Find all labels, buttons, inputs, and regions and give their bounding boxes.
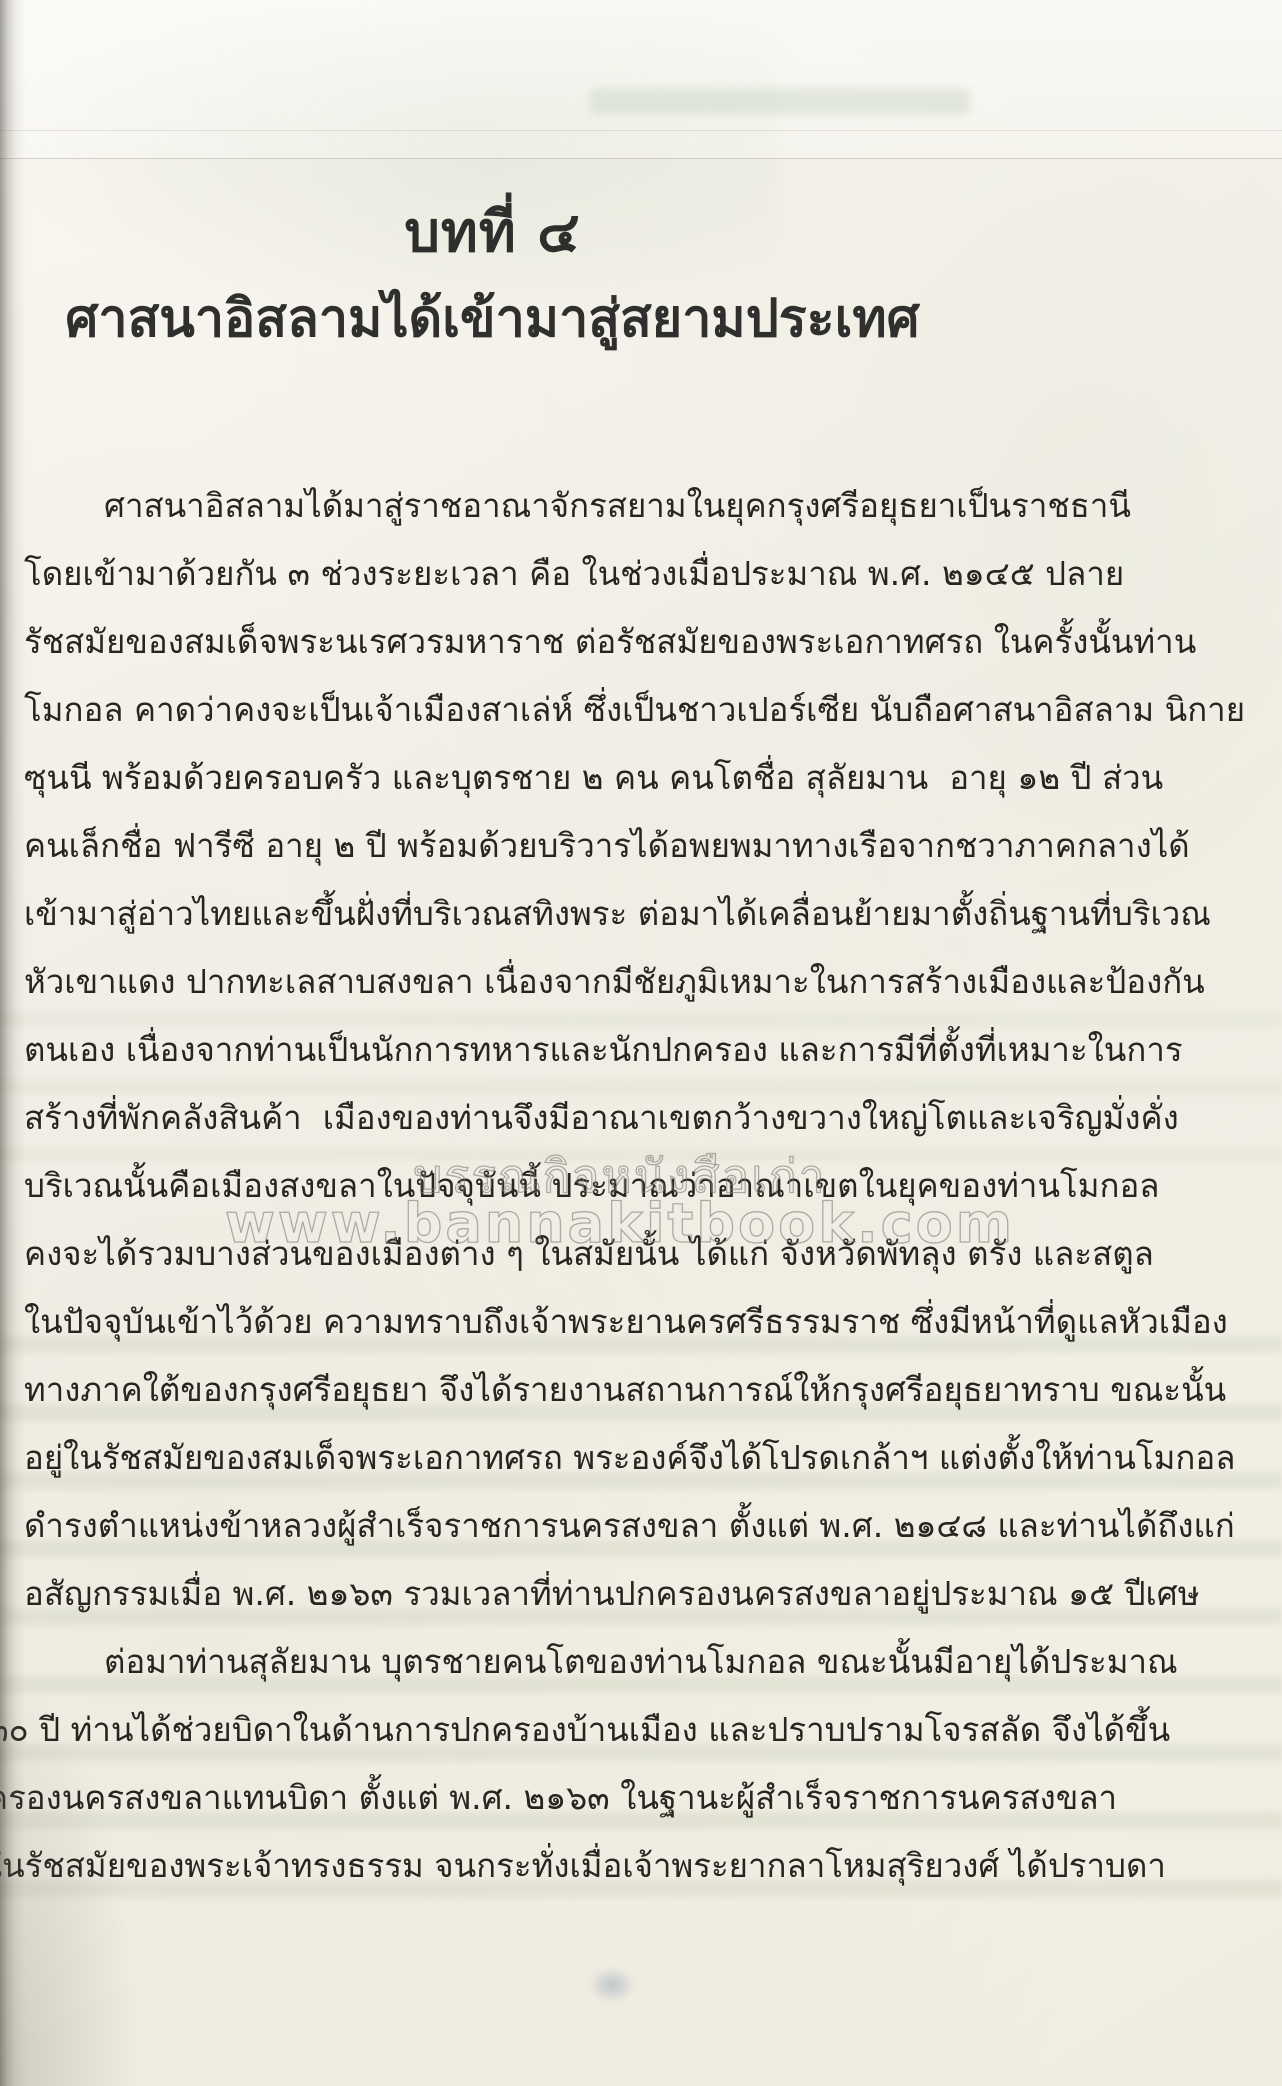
book-gutter-shadow	[0, 0, 26, 2086]
text-line: ในรัชสมัยของพระเจ้าทรงธรรม จนกระทั่งเมื่…	[0, 1832, 1282, 1900]
page-number-smudge	[590, 1968, 634, 2002]
text-line: ตนเอง เนื่องจากท่านเป็นนักการทหารและนักป…	[0, 1016, 1282, 1084]
text-line: ทางภาคใต้ของกรุงศรีอยุธยา จึงได้รายงานสถ…	[0, 1356, 1282, 1424]
text-line: ศาสนาอิสลามได้มาสู่ราชอาณาจักรสยามในยุคก…	[0, 472, 1282, 540]
text-line: สร้างที่พักคลังสินค้า เมืองของท่านจึงมีอ…	[0, 1084, 1282, 1152]
chapter-heading: บทที่ ๔	[0, 196, 985, 270]
text-line: ซุนนี พร้อมด้วยครอบครัว และบุตรชาย ๒ คน …	[0, 744, 1282, 812]
scanned-book-page: บทที่ ๔ ศาสนาอิสลามได้เข้ามาสู่สยามประเท…	[0, 0, 1282, 2086]
text-line: รัชสมัยของสมเด็จพระนเรศวรมหาราช ต่อรัชสม…	[0, 608, 1282, 676]
text-line: โดยเข้ามาด้วยกัน ๓ ช่วงระยะเวลา คือ ในช่…	[0, 540, 1282, 608]
text-line: ๓๐ ปี ท่านได้ช่วยบิดาในด้านการปกครองบ้าน…	[0, 1696, 1282, 1764]
text-line: เข้ามาสู่อ่าวไทยและขึ้นฝั่งที่บริเวณสทิง…	[0, 880, 1282, 948]
chapter-title: ศาสนาอิสลามได้เข้ามาสู่สยามประเทศ	[0, 280, 985, 358]
text-line: คงจะได้รวมบางส่วนของเมืองต่าง ๆ ในสมัยนั…	[0, 1220, 1282, 1288]
text-line: โมกอล คาดว่าคงจะเป็นเจ้าเมืองสาเล่ห์ ซึ่…	[0, 676, 1282, 744]
text-line: หัวเขาแดง ปากทะเลสาบสงขลา เนื่องจากมีชัย…	[0, 948, 1282, 1016]
text-line: ต่อมาท่านสุลัยมาน บุตรชายคนโตของท่านโมกอ…	[0, 1628, 1282, 1696]
text-line: อสัญกรรมเมื่อ พ.ศ. ๒๑๖๓ รวมเวลาที่ท่านปก…	[0, 1560, 1282, 1628]
scan-crease-line	[0, 130, 1282, 131]
text-line: คนเล็กชื่อ ฟารีซี อายุ ๒ ปี พร้อมด้วยบริ…	[0, 812, 1282, 880]
body-text: ศาสนาอิสลามได้มาสู่ราชอาณาจักรสยามในยุคก…	[0, 472, 1282, 1900]
text-line: ในปัจจุบันเข้าไว้ด้วย ความทราบถึงเจ้าพระ…	[0, 1288, 1282, 1356]
scan-crease-strip	[0, 0, 1282, 159]
text-line: ดำรงตำแหน่งข้าหลวงผู้สำเร็จราชการนครสงขล…	[0, 1492, 1282, 1560]
text-line: อยู่ในรัชสมัยของสมเด็จพระเอกาทศรถ พระองค…	[0, 1424, 1282, 1492]
text-line: ครองนครสงขลาแทนบิดา ตั้งแต่ พ.ศ. ๒๑๖๓ ใน…	[0, 1764, 1282, 1832]
text-line: บริเวณนั้นคือเมืองสงขลาในปัจจุบันนี้ ประ…	[0, 1152, 1282, 1220]
